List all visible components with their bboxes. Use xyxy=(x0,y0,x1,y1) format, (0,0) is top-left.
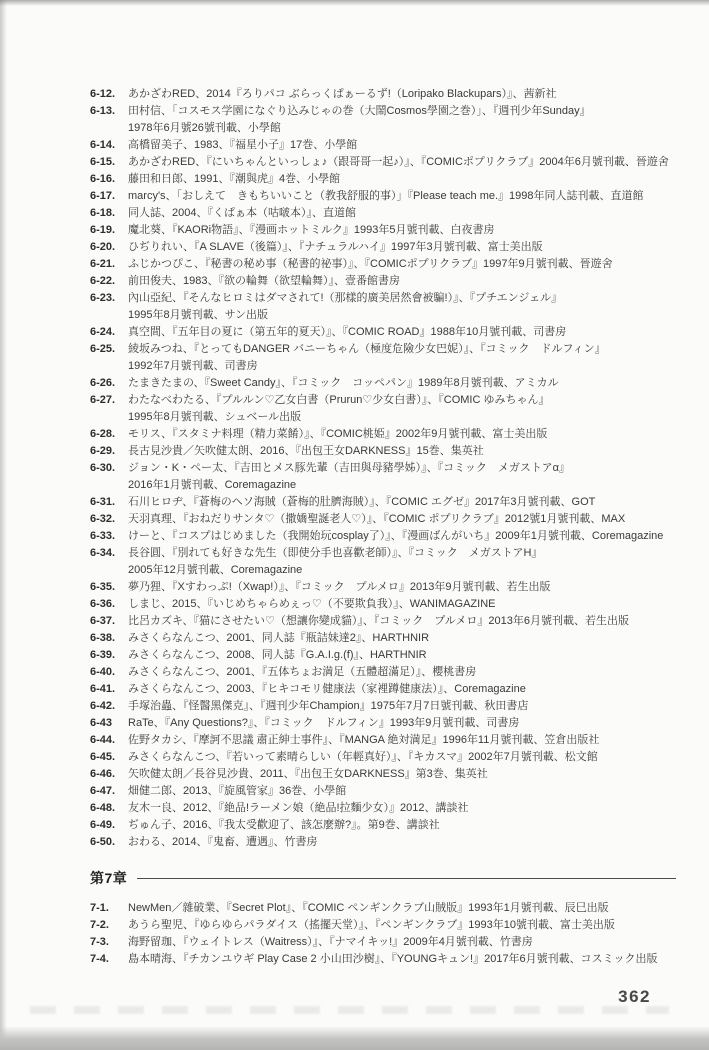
entry-text: みさくらなんこつ、2003、『ヒキコモリ健康法（家裡蹲健康法）』、Coremag… xyxy=(128,681,676,698)
bibliography-entry: 6-44.佐野タカシ、『摩訶不思議 肅正紳士事件』、『MANGA 絶対満足』19… xyxy=(90,732,676,749)
bibliography-entry: 6-40.みさくらなんこつ、2001、『五体ちょお満足（五體超滿足）』、櫻桃書房 xyxy=(90,664,676,681)
entry-text: あうら聖児、『ゆらゆらパラダイス（搖擺天堂）』、『ペンギンクラブ』1993年10… xyxy=(128,917,676,934)
bibliography-entry: 6-42.手塚治蟲、『怪醫黑傑克』、『週刊少年Champion』1975年7月7… xyxy=(90,698,676,715)
bibliography-entry: 6-16.藤田和日郎、1991、『潮與虎』4巻、小學館 xyxy=(90,171,676,188)
entry-number: 6-13. xyxy=(90,103,128,137)
entry-text: しまじ、2015、『いじめちゃらめぇっ♡（不要欺負我）』、WANIMAGAZIN… xyxy=(128,596,676,613)
entry-number: 6-28. xyxy=(90,426,128,443)
entry-text: ぢゅん子、2016、『我太受歡迎了、該怎麼辦?』。第9巻、講談社 xyxy=(128,817,676,834)
bibliography-entry: 6-26.たまきたまの、『Sweet Candy』、『コミック コッペパン』19… xyxy=(90,375,676,392)
entry-number: 7-2. xyxy=(90,917,128,934)
entry-text: 友木一良、2012、『絶品!ラーメン娘（絶品!拉麵少女）』2012、講談社 xyxy=(128,800,676,817)
bibliography-entry: 6-30.ジョン・K・ペー太、『吉田とメス豚先輩（吉田與母豬學姊）』、『コミック… xyxy=(90,460,676,494)
entry-text: 魔北葵、『KAORi物語』、『漫画ホットミルク』1993年5月號刊載、白夜書房 xyxy=(128,222,676,239)
entry-number: 6-50. xyxy=(90,834,128,851)
bibliography-entry: 6-35.夢乃狸、『Xすわっぷ!（Xwap!）』、『コミック プルメロ』2013… xyxy=(90,579,676,596)
bibliography-entry: 6-47.畑健二郎、2013、『旋風管家』36巻、小學館 xyxy=(90,783,676,800)
entry-number: 7-4. xyxy=(90,951,128,968)
bibliography-entry: 7-4.島本晴海、『チカンユウギ Play Case 2 小山田沙樹』、『YOU… xyxy=(90,951,676,968)
entry-number: 6-24. xyxy=(90,324,128,341)
bibliography-entry: 6-32.天羽真理、『おねだりサンタ♡（撒嬌聖誕老人♡）』、『COMIC ポプリ… xyxy=(90,511,676,528)
bibliography-entry: 6-19.魔北葵、『KAORi物語』、『漫画ホットミルク』1993年5月號刊載、… xyxy=(90,222,676,239)
entry-number: 6-41. xyxy=(90,681,128,698)
entry-number: 6-47. xyxy=(90,783,128,800)
page-top-shadow xyxy=(0,0,709,6)
bibliography-entry: 6-20.ひぢりれい、『A SLAVE（後篇）』、『ナチュラルハイ』1997年3… xyxy=(90,239,676,256)
bibliography-entry: 7-2.あうら聖児、『ゆらゆらパラダイス（搖擺天堂）』、『ペンギンクラブ』199… xyxy=(90,917,676,934)
bibliography-entry: 6-48.友木一良、2012、『絶品!ラーメン娘（絶品!拉麵少女）』2012、講… xyxy=(90,800,676,817)
entry-text: 藤田和日郎、1991、『潮與虎』4巻、小學館 xyxy=(128,171,676,188)
bibliography-entry: 6-15.あかざわRED、『にいちゃんといっしょ♪（跟哥哥一起♪）』、『COMI… xyxy=(90,154,676,171)
bibliography-entry: 6-45.みさくらなんこつ、『若いって素晴らしい（年輕真好）』、『キカスマ』20… xyxy=(90,749,676,766)
entry-number: 6-38. xyxy=(90,630,128,647)
entry-number: 6-32. xyxy=(90,511,128,528)
entry-number: 6-22. xyxy=(90,273,128,290)
bibliography-entry: 6-12.あかざわRED、2014『ろりパコ ぶらっくぱぁーるず!（Loripa… xyxy=(90,86,676,103)
entry-text: ジョン・K・ペー太、『吉田とメス豚先輩（吉田與母豬學姊）』、『コミック メガスト… xyxy=(128,460,676,494)
entry-number: 6-45. xyxy=(90,749,128,766)
entry-text: 田村信、「コスモス学園になぐり込みじゃの巻（大鬧Cosmos學園之巻）」、『週刊… xyxy=(128,103,676,137)
entry-number: 6-23. xyxy=(90,290,128,324)
bibliography-entry: 6-13.田村信、「コスモス学園になぐり込みじゃの巻（大鬧Cosmos學園之巻）… xyxy=(90,103,676,137)
entry-number: 6-40. xyxy=(90,664,128,681)
entry-text: あかざわRED、2014『ろりパコ ぶらっくぱぁーるず!（Loripako Bl… xyxy=(128,86,676,103)
bibliography-entry: 6-31.石川ヒロヂ、『蒼梅のヘソ海賊（蒼梅的肚臍海賊）』、『COMIC エグゼ… xyxy=(90,494,676,511)
entry-text: 夢乃狸、『Xすわっぷ!（Xwap!）』、『コミック プルメロ』2013年9月號刊… xyxy=(128,579,676,596)
entry-text: みさくらなんこつ、2001、『五体ちょお満足（五體超滿足）』、櫻桃書房 xyxy=(128,664,676,681)
entry-text: 石川ヒロヂ、『蒼梅のヘソ海賊（蒼梅的肚臍海賊）』、『COMIC エグゼ』2017… xyxy=(128,494,676,511)
page-left-shadow xyxy=(0,0,7,1050)
entry-text: RaTe、『Any Questions?』、『コミック ドルフィン』1993年9… xyxy=(128,715,676,732)
entry-number: 6-26. xyxy=(90,375,128,392)
entry-text: 長谷圓、『別れても好きな先生（即使分手也喜歡老師）』、『コミック メガストアH』… xyxy=(128,545,676,579)
entry-text: けーと、『コスプはじめました（我開始玩cosplay了）』、『漫画ばんがいち』2… xyxy=(128,528,676,545)
bibliography-entry: 6-23.內山亞紀、『そんなヒロミはダマされて!（那樣的廣美居然會被騙!）』、『… xyxy=(90,290,676,324)
entry-text: 天羽真理、『おねだりサンタ♡（撒嬌聖誕老人♡）』、『COMIC ポプリクラブ』2… xyxy=(128,511,676,528)
entry-text: 同人誌、2004、『くぱぁ本（咕啵本）』、直道館 xyxy=(128,205,676,222)
entry-number: 6-48. xyxy=(90,800,128,817)
bibliography-entry: 6-50.おわる、2014、『鬼畜、遭遇』、竹書房 xyxy=(90,834,676,851)
entry-text: marcy's、「おしえて きもちいいこと（教我舒服的事）」『Please te… xyxy=(128,188,676,205)
bibliography-entry: 6-17.marcy's、「おしえて きもちいいこと（教我舒服的事）」『Plea… xyxy=(90,188,676,205)
bibliography-entry: 6-33.けーと、『コスプはじめました（我開始玩cosplay了）』、『漫画ばん… xyxy=(90,528,676,545)
bibliography-entry: 6-29.長古見沙貴／矢吹健太朗、2016、『出包王女DARKNESS』15巻、… xyxy=(90,443,676,460)
entry-text: みさくらなんこつ、『若いって素晴らしい（年輕真好）』、『キカスマ』2002年7月… xyxy=(128,749,676,766)
bibliography-entry: 6-18.同人誌、2004、『くぱぁ本（咕啵本）』、直道館 xyxy=(90,205,676,222)
entry-number: 6-18. xyxy=(90,205,128,222)
page-number: 362 xyxy=(618,987,651,1007)
entry-number: 7-1. xyxy=(90,900,128,917)
bibliography-entry: 6-14.高橋留美子、1983、『福星小子』17巻、小學館 xyxy=(90,137,676,154)
entry-number: 6-27. xyxy=(90,392,128,426)
bibliography-entry: 6-27.わたなべわたる、『プルルン♡乙女白書（Prurun♡少女白書）』、『C… xyxy=(90,392,676,426)
entry-number: 6-42. xyxy=(90,698,128,715)
bibliography-entry: 6-38.みさくらなんこつ、2001、同人誌『瓶詰妹達2』、HARTHNIR xyxy=(90,630,676,647)
bibliography-entry: 6-22.前田俊夫、1983、『欲の輪舞（欲望輪舞）』、壹番館書房 xyxy=(90,273,676,290)
entry-text: 高橋留美子、1983、『福星小子』17巻、小學館 xyxy=(128,137,676,154)
entry-text: 海野留珈、『ウェイトレス（Waitress）』、『ナマイキッ!』2009年4月號… xyxy=(128,934,676,951)
scanned-book-page: 6-12.あかざわRED、2014『ろりパコ ぶらっくぱぁーるず!（Loripa… xyxy=(0,0,709,1050)
bibliography-entry: 6-39.みさくらなんこつ、2008、同人誌『G.A.I.g.(f)』、HART… xyxy=(90,647,676,664)
entry-number: 6-46. xyxy=(90,766,128,783)
bibliography-entry: 6-24.真空間、『五年目の夏に（第五年的夏天）』、『COMIC ROAD』19… xyxy=(90,324,676,341)
entry-text: 前田俊夫、1983、『欲の輪舞（欲望輪舞）』、壹番館書房 xyxy=(128,273,676,290)
entry-text: ふじかつぴこ、『秘書の秘め事（秘書的祕事）』、『COMICポプリクラブ』1997… xyxy=(128,256,676,273)
print-bleedthrough xyxy=(30,1006,669,1014)
entry-text: 畑健二郎、2013、『旋風管家』36巻、小學館 xyxy=(128,783,676,800)
entry-text: 矢吹健太朗／長谷見沙貴、2011、『出包王女DARKNESS』第3巻、集英社 xyxy=(128,766,676,783)
entry-text: 島本晴海、『チカンユウギ Play Case 2 小山田沙樹』、『YOUNGキュ… xyxy=(128,951,676,968)
entry-number: 6-19. xyxy=(90,222,128,239)
entry-number: 6-29. xyxy=(90,443,128,460)
entry-text: モリス、『スタミナ料理（精力菜餚）』、『COMIC桃姫』2002年9月號刊載、富… xyxy=(128,426,676,443)
entry-text: NewMen／雜破業、『Secret Plot』、『COMIC ペンギンクラブ山… xyxy=(128,900,676,917)
bibliography-entry: 6-21.ふじかつぴこ、『秘書の秘め事（秘書的祕事）』、『COMICポプリクラブ… xyxy=(90,256,676,273)
bibliography-entry: 7-3.海野留珈、『ウェイトレス（Waitress）』、『ナマイキッ!』2009… xyxy=(90,934,676,951)
bibliography-entry: 6-37.比呂カズキ、『猫にさせたい♡（想讓你變成貓）』、『コミック プルメロ』… xyxy=(90,613,676,630)
entry-text: みさくらなんこつ、2008、同人誌『G.A.I.g.(f)』、HARTHNIR xyxy=(128,647,676,664)
entry-number: 6-36. xyxy=(90,596,128,613)
entry-number: 6-33. xyxy=(90,528,128,545)
bibliography-entry: 6-49.ぢゅん子、2016、『我太受歡迎了、該怎麼辦?』。第9巻、講談社 xyxy=(90,817,676,834)
bibliography-entry: 6-41.みさくらなんこつ、2003、『ヒキコモリ健康法（家裡蹲健康法）』、Co… xyxy=(90,681,676,698)
entry-number: 6-16. xyxy=(90,171,128,188)
entry-number: 6-39. xyxy=(90,647,128,664)
entry-number: 6-12. xyxy=(90,86,128,103)
entry-number: 6-35. xyxy=(90,579,128,596)
entry-number: 6-21. xyxy=(90,256,128,273)
bibliography-entry: 6-43RaTe、『Any Questions?』、『コミック ドルフィン』19… xyxy=(90,715,676,732)
entry-number: 6-49. xyxy=(90,817,128,834)
chapter7-heading-label: 第7章 xyxy=(90,870,127,887)
entry-text: ひぢりれい、『A SLAVE（後篇）』、『ナチュラルハイ』1997年3月號刊載、… xyxy=(128,239,676,256)
entry-text: 綾坂みつね、『とってもDANGER バニーちゃん（極度危險少女巴妮）』、『コミッ… xyxy=(128,341,676,375)
bibliography-entry: 6-25.綾坂みつね、『とってもDANGER バニーちゃん（極度危險少女巴妮）』… xyxy=(90,341,676,375)
entry-number: 6-17. xyxy=(90,188,128,205)
heading-rule xyxy=(137,878,676,879)
entry-number: 6-25. xyxy=(90,341,128,375)
entry-number: 7-3. xyxy=(90,934,128,951)
bibliography-entry: 6-34.長谷圓、『別れても好きな先生（即使分手也喜歡老師）』、『コミック メガ… xyxy=(90,545,676,579)
entry-number: 6-37. xyxy=(90,613,128,630)
entry-number: 6-15. xyxy=(90,154,128,171)
entry-text: みさくらなんこつ、2001、同人誌『瓶詰妹達2』、HARTHNIR xyxy=(128,630,676,647)
entry-text: あかざわRED、『にいちゃんといっしょ♪（跟哥哥一起♪）』、『COMICポプリク… xyxy=(128,154,676,171)
bibliography-entry: 7-1.NewMen／雜破業、『Secret Plot』、『COMIC ペンギン… xyxy=(90,900,676,917)
entry-number: 6-14. xyxy=(90,137,128,154)
entry-text: 佐野タカシ、『摩訶不思議 肅正紳士事件』、『MANGA 絶対満足』1996年11… xyxy=(128,732,676,749)
entry-text: 內山亞紀、『そんなヒロミはダマされて!（那樣的廣美居然會被騙!）』、『プチエンジ… xyxy=(128,290,676,324)
chapter7-heading: 第7章 xyxy=(90,870,676,887)
page-bottom-shadow xyxy=(0,1026,709,1050)
entry-text: 長古見沙貴／矢吹健太朗、2016、『出包王女DARKNESS』15巻、集英社 xyxy=(128,443,676,460)
entry-text: 手塚治蟲、『怪醫黑傑克』、『週刊少年Champion』1975年7月7日號刊載、… xyxy=(128,698,676,715)
entry-number: 6-30. xyxy=(90,460,128,494)
bibliography-entry: 6-28.モリス、『スタミナ料理（精力菜餚）』、『COMIC桃姫』2002年9月… xyxy=(90,426,676,443)
entry-text: わたなべわたる、『プルルン♡乙女白書（Prurun♡少女白書）』、『COMIC … xyxy=(128,392,676,426)
entry-number: 6-20. xyxy=(90,239,128,256)
entry-number: 6-43 xyxy=(90,715,128,732)
entry-text: 真空間、『五年目の夏に（第五年的夏天）』、『COMIC ROAD』1988年10… xyxy=(128,324,676,341)
entry-text: おわる、2014、『鬼畜、遭遇』、竹書房 xyxy=(128,834,676,851)
entry-text: たまきたまの、『Sweet Candy』、『コミック コッペパン』1989年8月… xyxy=(128,375,676,392)
entry-text: 比呂カズキ、『猫にさせたい♡（想讓你變成貓）』、『コミック プルメロ』2013年… xyxy=(128,613,676,630)
entry-number: 6-44. xyxy=(90,732,128,749)
bibliography-list: 6-12.あかざわRED、2014『ろりパコ ぶらっくぱぁーるず!（Loripa… xyxy=(90,86,676,968)
bibliography-entry: 6-46.矢吹健太朗／長谷見沙貴、2011、『出包王女DARKNESS』第3巻、… xyxy=(90,766,676,783)
entry-number: 6-34. xyxy=(90,545,128,579)
entry-number: 6-31. xyxy=(90,494,128,511)
bibliography-entry: 6-36.しまじ、2015、『いじめちゃらめぇっ♡（不要欺負我）』、WANIMA… xyxy=(90,596,676,613)
